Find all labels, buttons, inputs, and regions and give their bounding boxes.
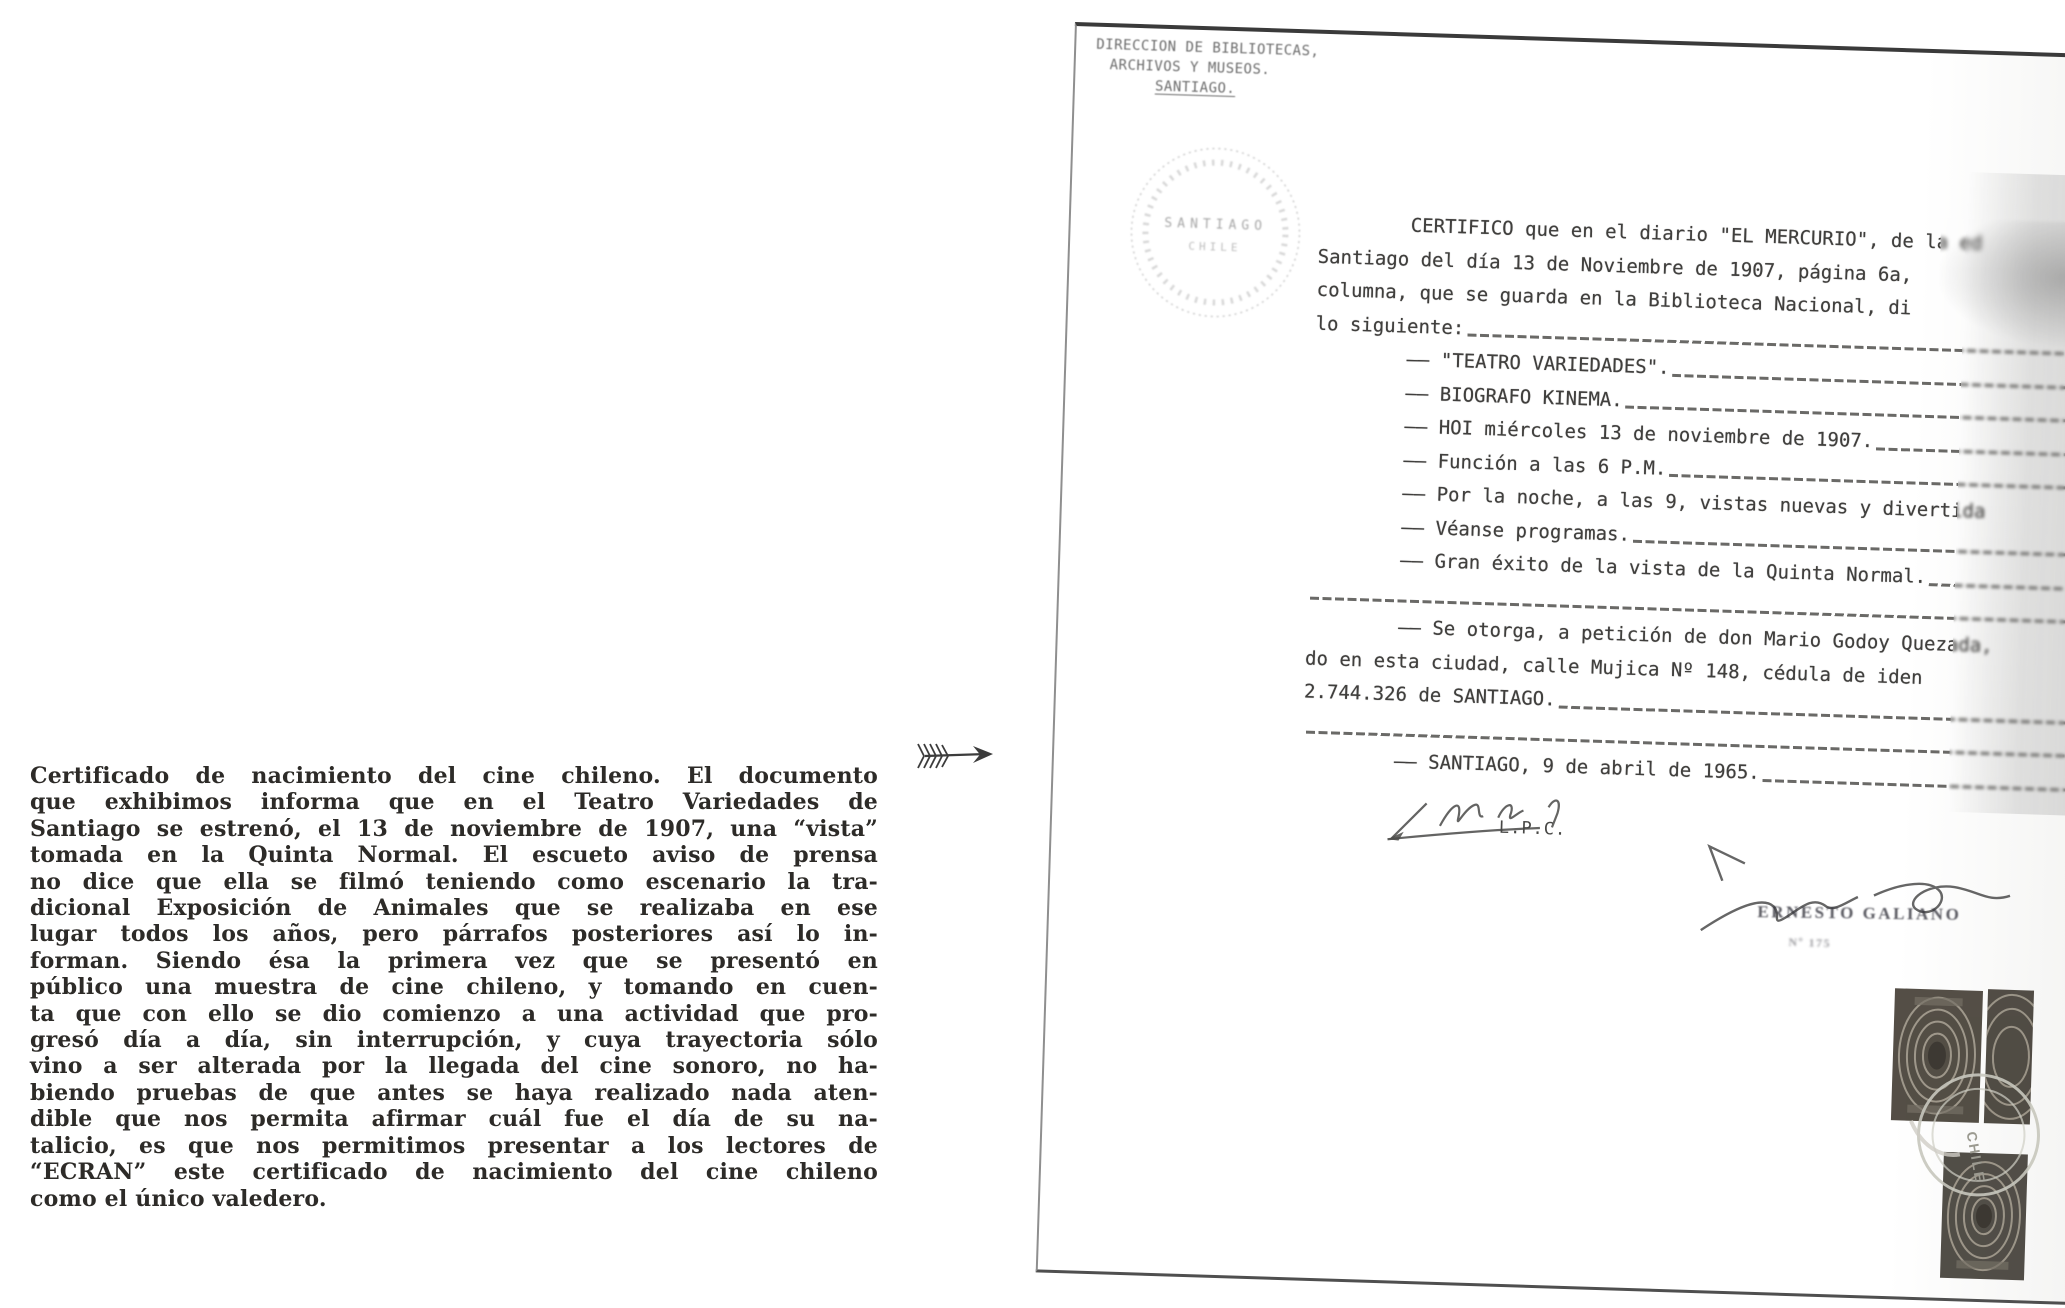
caption-line: que exhibimos informa que en el Teatro V…	[30, 789, 878, 815]
caption-line: público una muestra de cine chileno, y t…	[30, 974, 878, 1000]
caption-line: Santiago se estrenó, el 13 de noviembre …	[30, 816, 878, 842]
stamp-center-subtext: CHILE	[1188, 240, 1242, 255]
caption-line: forman. Siendo ésa la primera vez que se…	[30, 948, 878, 974]
library-round-stamp: SANTIAGO CHILE	[1123, 140, 1309, 326]
initials-text: L.P.C.	[1499, 818, 1567, 840]
typed-dash-rule	[1929, 583, 2065, 592]
certificate-body: CERTIFICO que en el diario "EL MERCURIO"…	[1301, 207, 2065, 802]
caption-line: dible que nos permita afirmar cuál fue e…	[30, 1106, 878, 1132]
certificate-document: DIRECCION DE BIBLIOTECAS, ARCHIVOS Y MUS…	[1036, 22, 2065, 1307]
caption-line: dicional Exposición de Animales que se r…	[30, 895, 878, 921]
caption-line: ta que con ello se dio comienzo a una ac…	[30, 1001, 878, 1027]
official-stamp-number: Nº 175	[1788, 935, 1831, 951]
caption-line: no dice que ella se filmó teniendo como …	[30, 869, 878, 895]
revenue-stamps: CHILE	[1876, 980, 2046, 1293]
caption-line: tomada en la Quinta Normal. El escueto a…	[30, 842, 878, 868]
caption-line: “ECRAN” este certificado de nacimiento d…	[30, 1159, 878, 1185]
certificate-line-text: lo siguiente:	[1315, 307, 1465, 345]
typed-dash-rule	[1763, 779, 2065, 793]
caption-line: lugar todos los años, pero párrafos post…	[30, 921, 878, 947]
certificate-letterhead: DIRECCION DE BIBLIOTECAS, ARCHIVOS Y MUS…	[1095, 35, 1320, 102]
pointer-arrow-icon	[913, 737, 1003, 773]
stamp-center-text: SANTIAGO	[1164, 216, 1267, 234]
caption-line: vino a ser alterada por la llegada del c…	[30, 1053, 878, 1079]
caption-line: talicio, es que nos permitimos presentar…	[30, 1133, 878, 1159]
caption-line: Certificado de nacimiento del cine chile…	[30, 763, 878, 789]
caption-line: biendo pruebas de que antes se haya real…	[30, 1080, 878, 1106]
caption-line: como el único valedero.	[30, 1186, 878, 1212]
typed-dash-rule	[1876, 447, 2065, 457]
official-stamp-name: ERNESTO GALIANO	[1757, 902, 2017, 926]
caption-block: Certificado de nacimiento del cine chile…	[30, 763, 878, 1212]
scanned-page: { "caption": { "lines": [ "Certificado d…	[0, 0, 2065, 1308]
caption-line: gresó día a día, sin interrupción, y cuy…	[30, 1027, 878, 1053]
